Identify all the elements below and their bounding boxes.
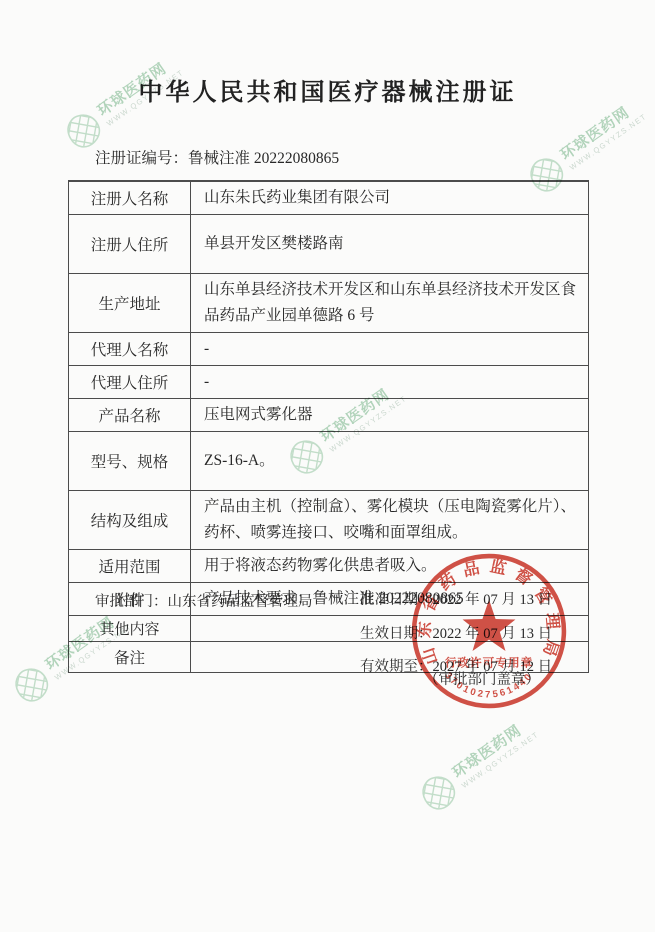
table-row: 产品名称 压电网式雾化器	[69, 398, 588, 431]
row-label: 产品名称	[69, 399, 191, 431]
watermark-label: 环球医药网	[450, 716, 535, 782]
row-label: 备注	[69, 642, 191, 672]
watermark-texts: 环球医药网 WWW.QGYYZS.NET	[558, 98, 648, 172]
table-row: 结构及组成 产品由主机（控制盒）、雾化模块（压电陶瓷雾化片）、药杯、喷雾连接口、…	[69, 490, 588, 549]
row-value: ZS-16-A。	[191, 432, 588, 490]
table-row: 适用范围 用于将液态药物雾化供患者吸入。	[69, 549, 588, 582]
row-value: 单县开发区樊楼路南	[191, 215, 588, 273]
row-value: 山东朱氏药业集团有限公司	[191, 182, 588, 214]
row-value: -	[191, 333, 588, 365]
effective-date: 生效日期：2022 年 07 月 13 日	[360, 622, 552, 643]
table-row: 代理人住所 -	[69, 365, 588, 398]
row-label: 代理人住所	[69, 366, 191, 398]
row-label: 型号、规格	[69, 432, 191, 490]
seal-placeholder-note: （审批部门盖章）	[424, 668, 540, 689]
watermark: 环球医药网 WWW.QGYYZS.NET	[411, 708, 546, 821]
row-value-text: ZS-16-A。	[204, 448, 275, 474]
table-row: 注册人名称 山东朱氏药业集团有限公司	[69, 181, 588, 214]
row-value-text: -	[204, 336, 209, 362]
row-value: 用于将液态药物雾化供患者吸入。	[191, 550, 588, 582]
row-value-text: 产品由主机（控制盒）、雾化模块（压电陶瓷雾化片）、药杯、喷雾连接口、咬嘴和面罩组…	[204, 494, 578, 546]
watermark-url: WWW.QGYYZS.NET	[568, 112, 648, 171]
row-label: 结构及组成	[69, 491, 191, 549]
row-label: 注册人名称	[69, 182, 191, 214]
row-label: 生产地址	[69, 274, 191, 332]
row-label: 适用范围	[69, 550, 191, 582]
certificate-number: 注册证编号：鲁械注准 20222080865	[95, 146, 339, 168]
row-label: 代理人名称	[69, 333, 191, 365]
certificate-page: 中华人民共和国医疗器械注册证 注册证编号：鲁械注准 20222080865 注册…	[0, 0, 655, 932]
table-row: 型号、规格 ZS-16-A。	[69, 431, 588, 490]
row-value: -	[191, 366, 588, 398]
row-value-text: 单县开发区樊楼路南	[204, 231, 344, 257]
watermark-label: 环球医药网	[558, 98, 643, 164]
table-row: 注册人住所 单县开发区樊楼路南	[69, 214, 588, 273]
row-value-text: 压电网式雾化器	[204, 402, 313, 428]
row-value: 产品由主机（控制盒）、雾化模块（压电陶瓷雾化片）、药杯、喷雾连接口、咬嘴和面罩组…	[191, 491, 588, 549]
row-value: 压电网式雾化器	[191, 399, 588, 431]
row-value-text: 用于将液态药物雾化供患者吸入。	[204, 553, 437, 579]
row-value-text: 山东单县经济技术开发区和山东单县经济技术开发区食品药品产业园单德路 6 号	[204, 277, 578, 329]
table-row: 代理人名称 -	[69, 332, 588, 365]
approval-department: 审批部门：山东省药品监督管理局	[95, 590, 313, 611]
globe-leaf-icon	[414, 767, 464, 817]
row-label: 注册人住所	[69, 215, 191, 273]
watermark-texts: 环球医药网 WWW.QGYYZS.NET	[450, 716, 540, 790]
approval-date: 批准日期：2022 年 07 月 13 日	[360, 588, 552, 609]
row-label: 其他内容	[69, 616, 191, 641]
row-value-text: -	[204, 369, 209, 395]
watermark-url: WWW.QGYYZS.NET	[460, 730, 540, 789]
row-value: 山东单县经济技术开发区和山东单县经济技术开发区食品药品产业园单德路 6 号	[191, 274, 588, 332]
globe-leaf-icon	[7, 659, 57, 709]
row-value-text: 山东朱氏药业集团有限公司	[204, 185, 390, 211]
page-title: 中华人民共和国医疗器械注册证	[0, 72, 655, 107]
table-row: 生产地址 山东单县经济技术开发区和山东单县经济技术开发区食品药品产业园单德路 6…	[69, 273, 588, 332]
